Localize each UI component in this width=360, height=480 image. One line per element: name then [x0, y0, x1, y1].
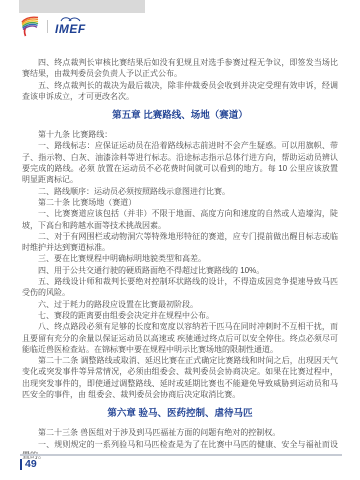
- paragraph-article-19: 第十九条 比赛路线：: [22, 129, 338, 140]
- logo-arcs-icon: [58, 13, 82, 22]
- paragraph-article-19-item-2: 二、路线顺序：运动员必须按照路线示意图进行比赛。: [22, 186, 338, 197]
- paragraph-article-20-item-6: 六、过于耗力的路段应设置在比赛最初阶段。: [22, 299, 338, 310]
- paragraph-article-20-item-7: 七、赛段的距离要由组委会决定并在规程中公布。: [22, 310, 338, 321]
- paragraph-article-20: 第二十条 比赛场地（赛道）: [22, 197, 338, 208]
- footer-divider: [20, 454, 342, 456]
- logo-text: IMEF: [55, 22, 86, 36]
- paragraph-article-19-item-1: 一、路线标志：应保证运动员在沿着路线标志前进时不会产生疑惑。可以用旗帜、带子、指…: [22, 140, 338, 185]
- paragraph-article-20-item-1: 一、比赛赛道应该包括（并非）不限于地面、高度方向和速度的自然或人造壕沟，陡坡，下…: [22, 208, 338, 231]
- paragraph-article-20-item-5: 五、路线设计师和裁判长要绝对控制环状路线的设计，不得造成因竞争提速导致马匹受伤的…: [22, 276, 338, 299]
- paragraph-article-20-item-8: 八、终点路段必须有足够的长度和宽度以容纳若干匹马在同时冲刺时不互相干扰，而且要留…: [22, 321, 338, 355]
- logo-text-group: IMEF: [55, 14, 86, 38]
- paragraph-article-20-item-2: 二、对于有网围栏或动物洞穴等特殊地形特征的赛道，应专门提前做出醒目标志或临时维护…: [22, 231, 338, 254]
- document-page: IMEF 四、终点裁判长审核比赛结果后如没有犯规且对选手参赛过程无争议，即签发当…: [0, 0, 360, 480]
- paragraph-rule-4: 四、终点裁判长审核比赛结果后如没有犯规且对选手参赛过程无争议，即签发当场比赛结果…: [22, 57, 338, 80]
- page-number: 49: [20, 458, 37, 470]
- page-number-bar: [20, 459, 22, 470]
- paragraph-rule-5: 五、终点裁判长的裁决为最后裁决，除非仲裁委员会收到并决定受理有效申诉，经调查该申…: [22, 80, 338, 103]
- page-number-value: 49: [25, 458, 37, 470]
- paragraph-article-22: 第二十二条 调整路线或取消、延迟比赛在正式确定比赛路线和时间之后，出现因天气变化…: [22, 355, 338, 400]
- header-gray-bar: [19, 0, 145, 13]
- paragraph-article-20-item-3: 三、要在比赛规程中明确标明地貌类型和高差。: [22, 253, 338, 264]
- logo: IMEF: [20, 15, 86, 37]
- document-body: 四、终点裁判长审核比赛结果后如没有犯规且对选手参赛过程无争议，即签发当场比赛结果…: [22, 57, 338, 461]
- imef-logo-icon: [20, 15, 40, 37]
- chapter-6-heading: 第六章 验马、医药控制、虐待马匹: [22, 407, 338, 421]
- paragraph-article-20-item-4: 四、用于公共交通行驶的硬质路面绝不得超过比赛路线的 10%。: [22, 265, 338, 276]
- logo-divider: [47, 20, 48, 33]
- paragraph-article-23-item-1: 一、规则规定的一系列验马和马匹检查是为了在比赛中马匹的健康、安全与福祉而设置的。: [22, 439, 338, 462]
- chapter-5-heading: 第五章 比赛路线、场地（赛道）: [22, 109, 338, 123]
- paragraph-article-23: 第二十三条 兽医组对于涉及到马匹福祉方面的问题有绝对的控制权。: [22, 427, 338, 438]
